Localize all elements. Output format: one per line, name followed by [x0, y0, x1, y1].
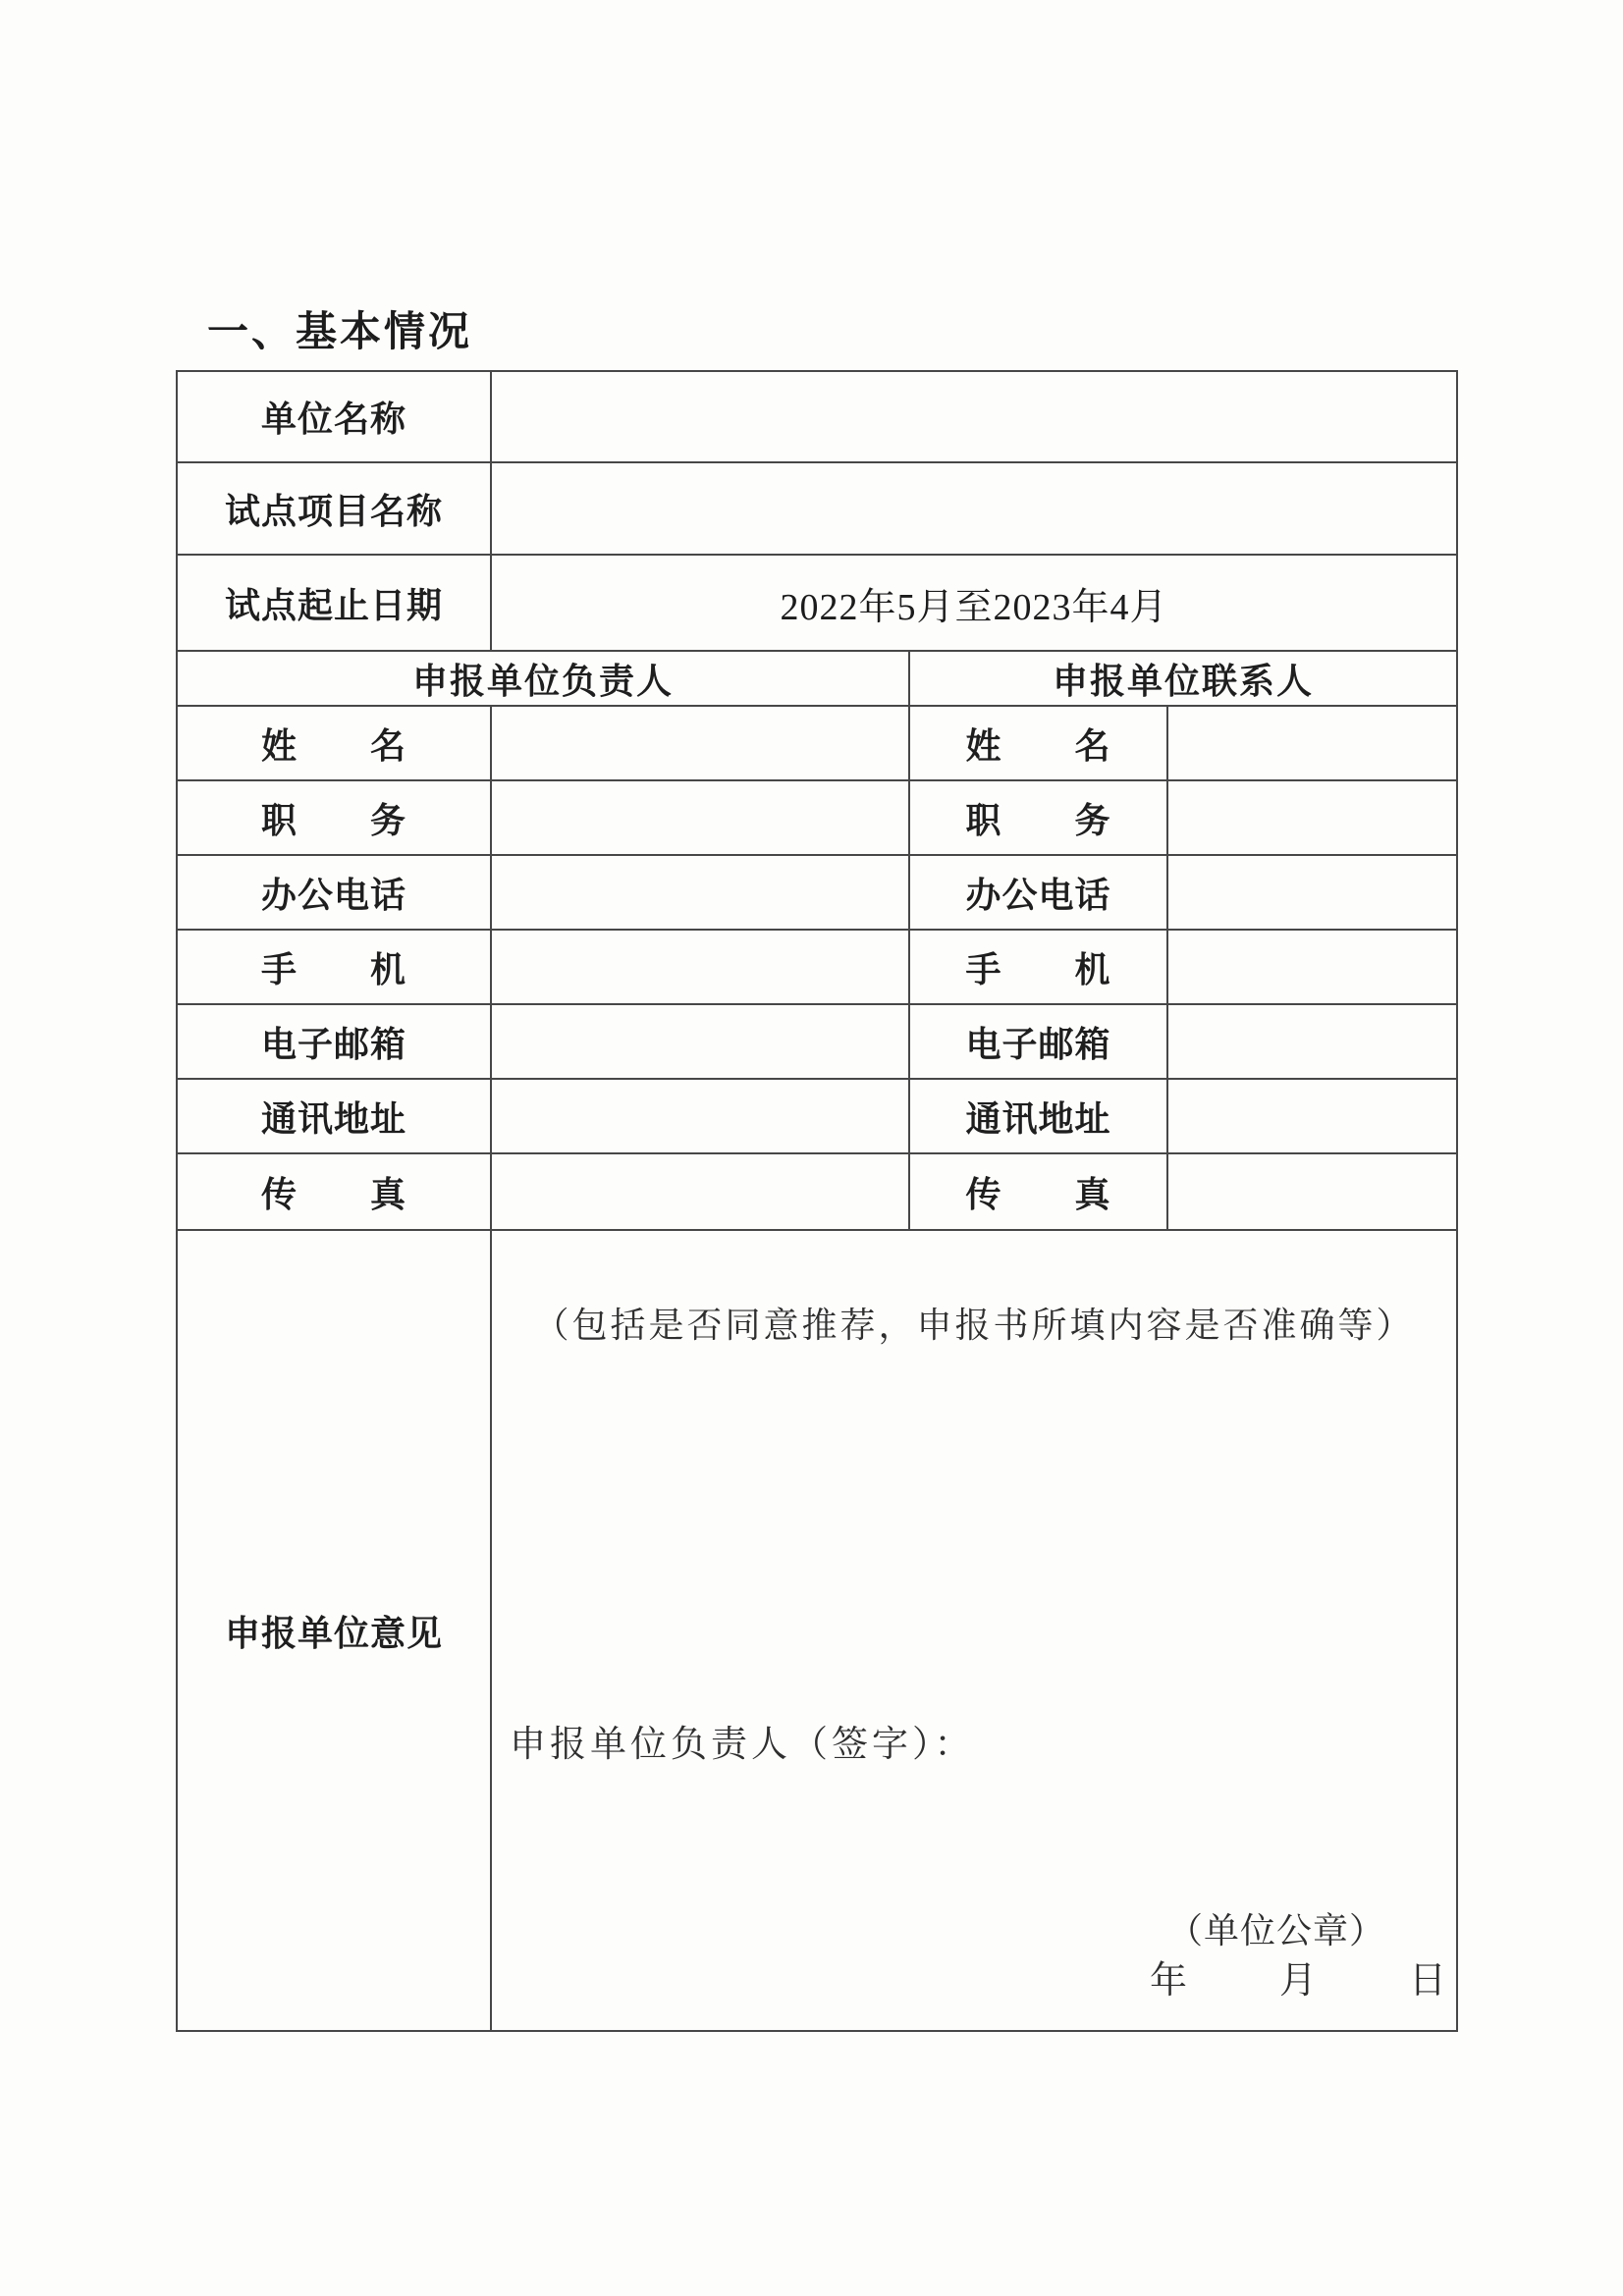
header-contact-person: 申报单位联系人 — [909, 651, 1457, 706]
header-responsible-person: 申报单位负责人 — [177, 651, 909, 706]
opinion-stamp-note: （单位公章） — [1167, 1909, 1385, 1952]
value-fax-contact — [1167, 1153, 1457, 1230]
opinion-hint-text: （包括是否同意推荐，申报书所填内容是否准确等） — [492, 1304, 1456, 1347]
value-unit-name — [491, 371, 1457, 462]
label-fax-responsible: 传 真 — [177, 1153, 491, 1230]
label-email-contact: 电子邮箱 — [909, 1004, 1167, 1079]
label-office-phone-contact: 办公电话 — [909, 855, 1167, 930]
value-pilot-dates: 2022年5月至2023年4月 — [491, 555, 1457, 651]
label-pilot-project-name: 试点项目名称 — [177, 462, 491, 555]
label-office-phone-responsible: 办公电话 — [177, 855, 491, 930]
value-mailing-address-contact — [1167, 1079, 1457, 1153]
label-mailing-address-responsible: 通讯地址 — [177, 1079, 491, 1153]
opinion-signature-label: 申报单位负责人（签字）： — [510, 1723, 975, 1768]
value-email-contact — [1167, 1004, 1457, 1079]
value-name-responsible — [491, 706, 909, 780]
label-unit-name: 单位名称 — [177, 371, 491, 462]
value-position-contact — [1167, 780, 1457, 855]
value-office-phone-responsible — [491, 855, 909, 930]
value-pilot-project-name — [491, 462, 1457, 555]
row-mobile: 手 机 手 机 — [177, 930, 1457, 1004]
label-email-responsible: 电子邮箱 — [177, 1004, 491, 1079]
label-mobile-contact: 手 机 — [909, 930, 1167, 1004]
applicant-unit-opinion-area: （包括是否同意推荐，申报书所填内容是否准确等） 申报单位负责人（签字）： （单位… — [491, 1230, 1457, 2031]
label-fax-contact: 传 真 — [909, 1153, 1167, 1230]
value-email-responsible — [491, 1004, 909, 1079]
label-pilot-dates: 试点起止日期 — [177, 555, 491, 651]
opinion-date-blanks: 年 月 日 — [1150, 1957, 1452, 2004]
value-position-responsible — [491, 780, 909, 855]
value-mobile-responsible — [491, 930, 909, 1004]
label-mailing-address-contact: 通讯地址 — [909, 1079, 1167, 1153]
row-group-header: 申报单位负责人 申报单位联系人 — [177, 651, 1457, 706]
value-mobile-contact — [1167, 930, 1457, 1004]
row-position: 职 务 职 务 — [177, 780, 1457, 855]
row-unit-name: 单位名称 — [177, 371, 1457, 462]
value-fax-responsible — [491, 1153, 909, 1230]
row-fax: 传 真 传 真 — [177, 1153, 1457, 1230]
label-position-contact: 职 务 — [909, 780, 1167, 855]
row-pilot-dates: 试点起止日期 2022年5月至2023年4月 — [177, 555, 1457, 651]
label-name-responsible: 姓 名 — [177, 706, 491, 780]
value-mailing-address-responsible — [491, 1079, 909, 1153]
label-mobile-responsible: 手 机 — [177, 930, 491, 1004]
basic-info-table: 单位名称 试点项目名称 试点起止日期 2022年5月至2023年4月 申报单位负… — [176, 370, 1458, 2032]
label-applicant-unit-opinion: 申报单位意见 — [177, 1230, 491, 2031]
row-mailing-address: 通讯地址 通讯地址 — [177, 1079, 1457, 1153]
row-applicant-unit-opinion: 申报单位意见 （包括是否同意推荐，申报书所填内容是否准确等） 申报单位负责人（签… — [177, 1230, 1457, 2031]
value-office-phone-contact — [1167, 855, 1457, 930]
row-pilot-project-name: 试点项目名称 — [177, 462, 1457, 555]
section-title: 一、基本情况 — [207, 309, 472, 354]
value-name-contact — [1167, 706, 1457, 780]
label-position-responsible: 职 务 — [177, 780, 491, 855]
row-name: 姓 名 姓 名 — [177, 706, 1457, 780]
row-email: 电子邮箱 电子邮箱 — [177, 1004, 1457, 1079]
scanned-form-page: 一、基本情况 单位名称 试点项目名称 试点起止日期 2022年5月至2023年4… — [0, 0, 1623, 2296]
label-name-contact: 姓 名 — [909, 706, 1167, 780]
row-office-phone: 办公电话 办公电话 — [177, 855, 1457, 930]
